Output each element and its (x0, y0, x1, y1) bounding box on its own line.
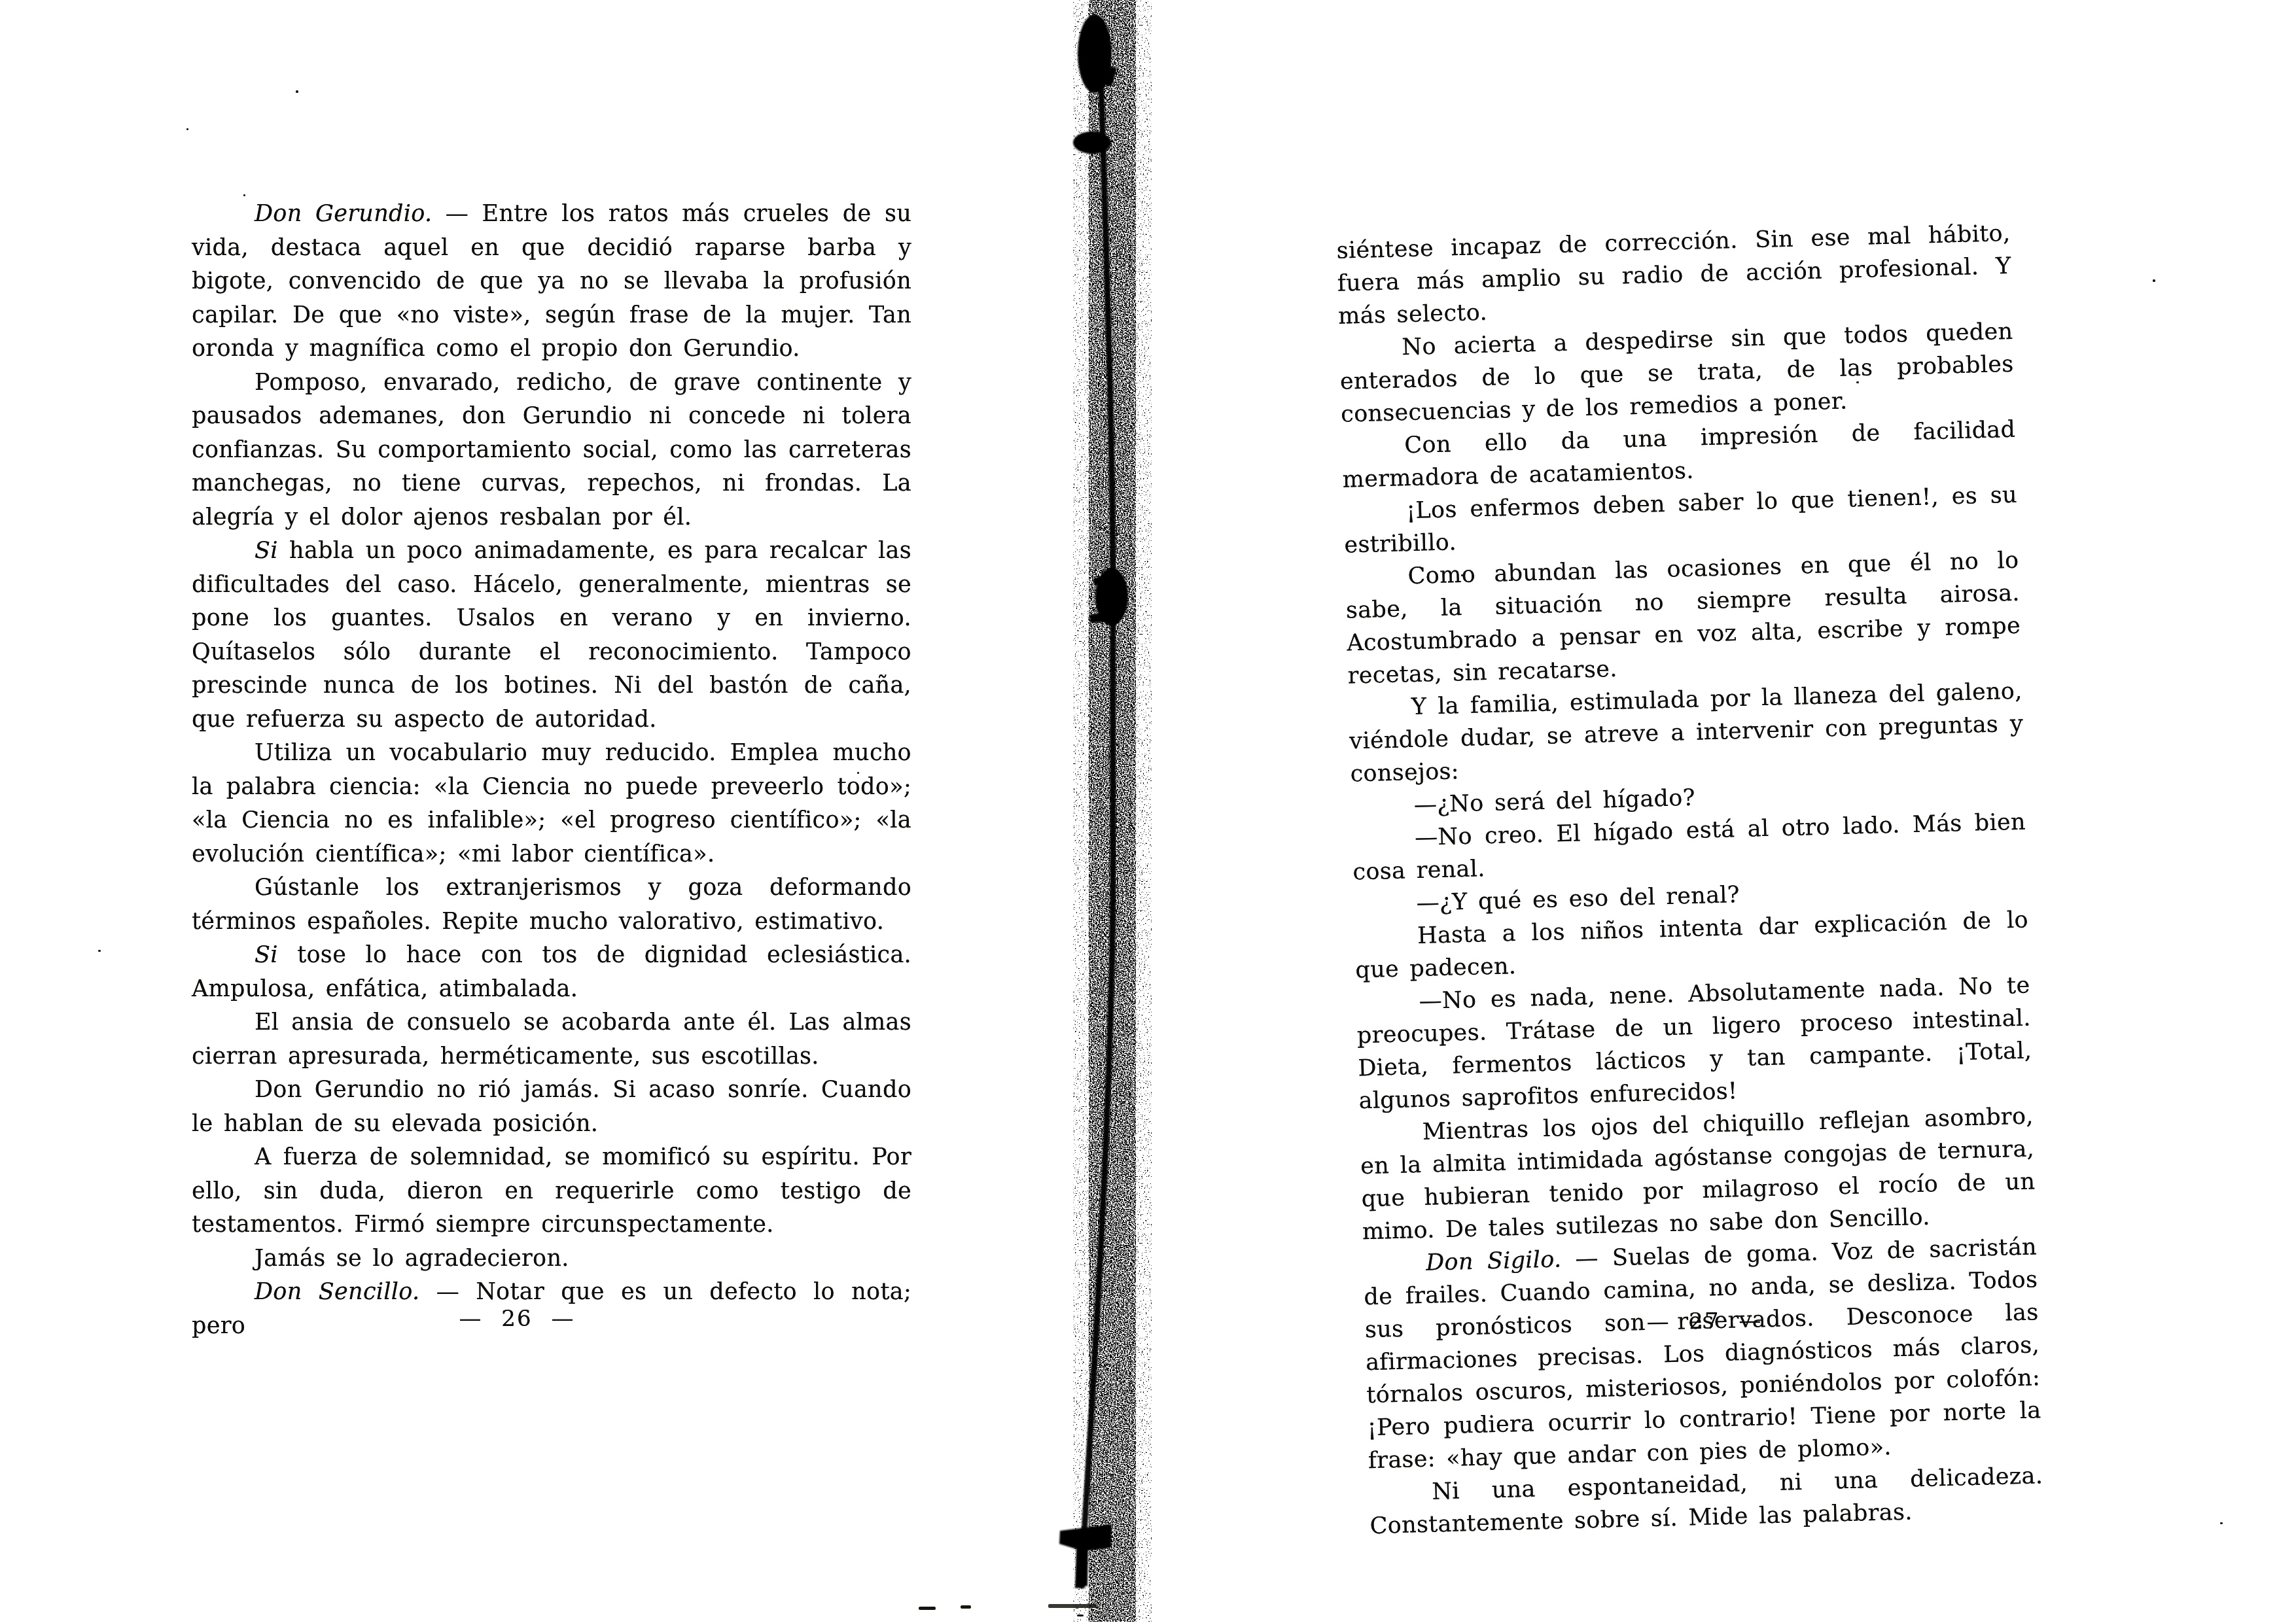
ink-speck (296, 90, 298, 93)
paragraph: Pomposo, envarado, redicho, de grave con… (192, 366, 911, 535)
paragraph: No acierta a despedirse sin que todos qu… (1339, 315, 2015, 431)
scan-artifact-dash (1077, 1614, 1084, 1616)
paragraph-lead-italic: Don Sigilo. (1426, 1246, 1562, 1276)
paragraph-lead-italic: Don Sencillo. (255, 1279, 419, 1305)
paragraph: Utiliza un vocabulario muy reducido. Emp… (192, 737, 911, 871)
paragraph: Si tose lo hace con tos de dignidad ecle… (192, 939, 911, 1006)
ink-speck (1461, 574, 1463, 576)
page-right: siéntese incapaz de corrección. Sin ese … (1336, 217, 2044, 1543)
scan-artifact-dash (1048, 1604, 1097, 1608)
paragraph: Y la familia, estimulada por la llaneza … (1348, 675, 2024, 791)
paragraph: El ansia de consuelo se acobarda ante él… (192, 1006, 911, 1073)
paragraph: Si habla un poco animadamente, es para r… (192, 534, 911, 737)
page-number-left: — 26 — (419, 1306, 615, 1332)
paragraph-lead-italic: Si (255, 538, 278, 564)
paragraph: Don Sigilo. — Suelas de goma. Voz de sac… (1363, 1230, 2043, 1477)
paragraph: Como abundan las ocasiones en que él no … (1345, 544, 2022, 693)
ink-speck (1856, 381, 1859, 383)
page-number-right: — 27 — (1606, 1307, 1803, 1336)
ink-speck (243, 194, 245, 196)
ink-speck (98, 950, 101, 952)
page-left: Don Gerundio. — Entre los ratos más crue… (192, 198, 911, 1343)
paragraph-lead-italic: Si (255, 942, 278, 968)
ink-speck (2220, 1522, 2223, 1524)
ink-speck (2153, 279, 2155, 282)
paragraph: Gústanle los extranjerismos y goza defor… (192, 871, 911, 939)
page-left-text: Don Gerundio. — Entre los ratos más crue… (192, 198, 911, 1343)
binding-gutter-shadow (1044, 0, 1181, 1623)
scan-artifact-dash (919, 1607, 936, 1610)
paragraph: Jamás se lo agradecieron. (192, 1242, 911, 1276)
paragraph: Don Gerundio. — Entre los ratos más crue… (192, 198, 911, 366)
ink-speck (857, 772, 859, 774)
scanned-book-spread: { "document": { "language": "es", "left_… (0, 0, 2296, 1623)
paragraph: —No es nada, nene. Absolutamente nada. N… (1356, 969, 2033, 1117)
paragraph: A fuerza de solemnidad, se momificó su e… (192, 1141, 911, 1242)
paragraph: Don Gerundio no rió jamás. Si acaso sonr… (192, 1073, 911, 1141)
ink-speck (186, 128, 188, 130)
page-right-text: siéntese incapaz de corrección. Sin ese … (1336, 217, 2044, 1543)
scan-artifact-dash (961, 1605, 971, 1609)
paragraph-lead-italic: Don Gerundio. (255, 201, 432, 227)
paragraph: siéntese incapaz de corrección. Sin ese … (1336, 217, 2013, 333)
paragraph: Mientras los ojos del chiquillo reflejan… (1359, 1100, 2036, 1248)
